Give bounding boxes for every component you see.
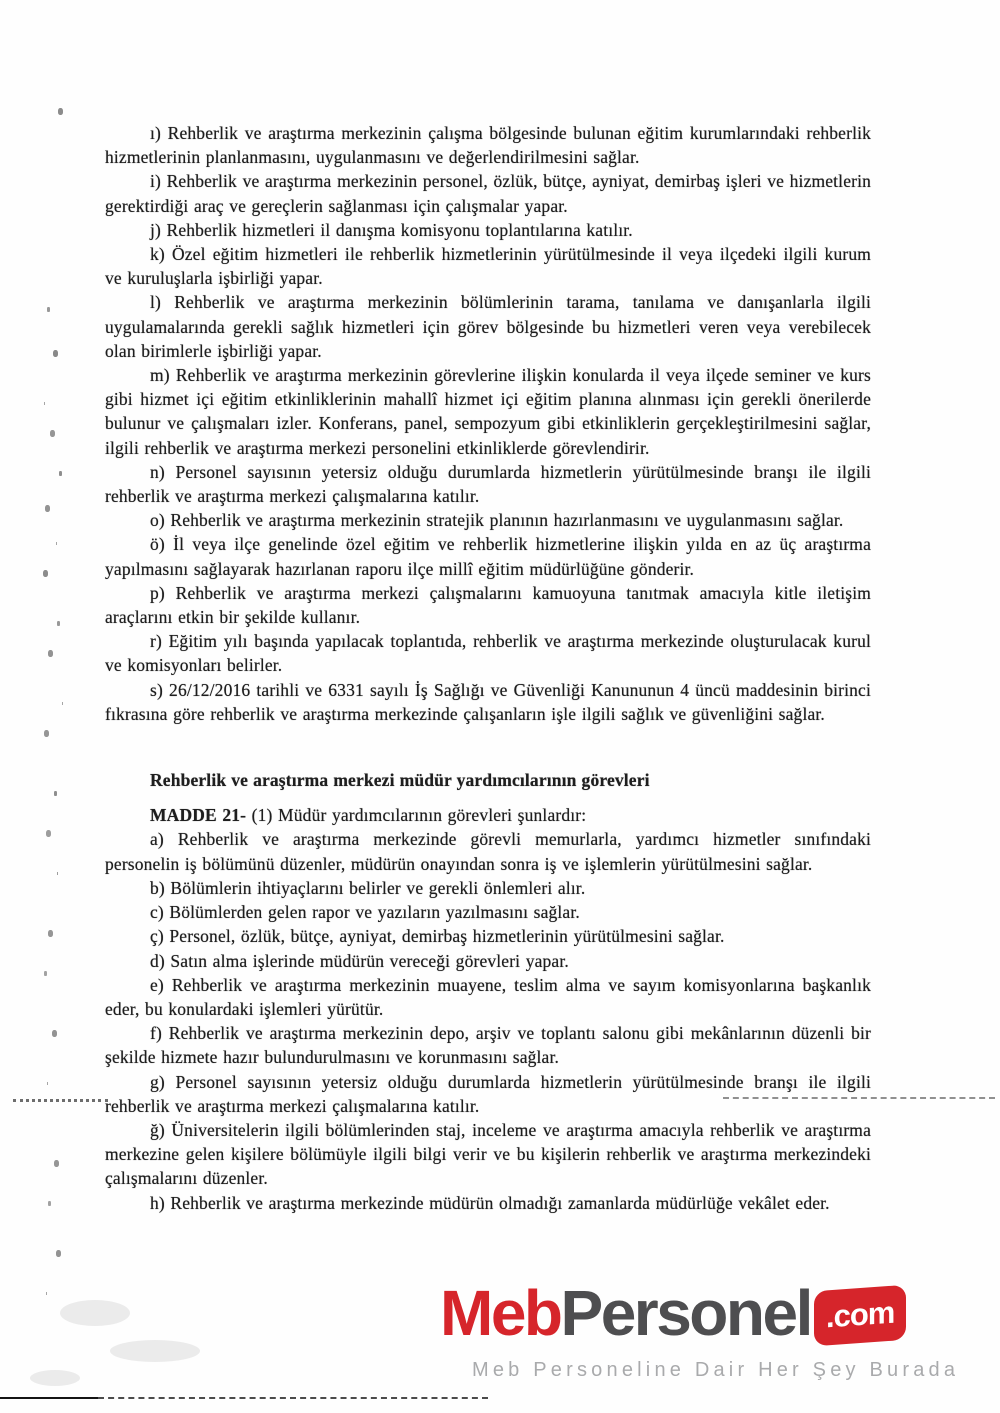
doc-paragraph: m) Rehberlik ve araştırma merkezinin gör… [105,363,871,460]
scan-dotted-mark-left [13,1099,108,1102]
doc-paragraph: h) Rehberlik ve araştırma merkezinde müd… [105,1191,871,1215]
section-heading: Rehberlik ve araştırma merkezi müdür yar… [105,768,871,792]
logo-personel-text: Personel [561,1277,811,1349]
scan-dashed-mark-right [723,1097,995,1099]
doc-paragraph: o) Rehberlik ve araştırma merkezinin str… [105,508,871,532]
doc-paragraph: ğ) Üniversitelerin ilgili bölümlerinden … [105,1118,871,1191]
scanned-document-page: ı) Rehberlik ve araştırma merkezinin çal… [0,0,1000,1413]
scan-smudge [110,1340,200,1362]
doc-paragraph: l) Rehberlik ve araştırma merkezinin böl… [105,290,871,363]
doc-paragraph: p) Rehberlik ve araştırma merkezi çalışm… [105,581,871,629]
doc-paragraph: k) Özel eğitim hizmetleri ile rehberlik … [105,242,871,290]
scan-edge-specks [58,108,63,115]
logo-com-badge: .com [814,1285,906,1346]
doc-paragraph: i) Rehberlik ve araştırma merkezinin per… [105,169,871,217]
doc-paragraph: n) Personel sayısının yetersiz olduğu du… [105,460,871,508]
logo-wordmark: MebPersonel.com [440,1281,900,1353]
doc-paragraph: r) Eğitim yılı başında yapılacak toplant… [105,629,871,677]
doc-paragraph: d) Satın alma işlerinde müdürün vereceği… [105,949,871,973]
doc-paragraph: b) Bölümlerin ihtiyaçlarını belirler ve … [105,876,871,900]
document-body: ı) Rehberlik ve araştırma merkezinin çal… [105,121,871,1215]
doc-paragraph: a) Rehberlik ve araştırma merkezinde gör… [105,827,871,875]
doc-paragraph: f) Rehberlik ve araştırma merkezinin dep… [105,1021,871,1069]
article-number: MADDE 21- [150,805,246,825]
scan-smudge [30,1370,80,1386]
scan-smudge [60,1300,130,1326]
doc-paragraph: j) Rehberlik hizmetleri il danışma komis… [105,218,871,242]
doc-paragraph: ç) Personel, özlük, bütçe, ayniyat, demi… [105,924,871,948]
scan-bottom-line [0,1397,98,1399]
doc-paragraph: c) Bölümlerden gelen rapor ve yazıların … [105,900,871,924]
doc-paragraph: e) Rehberlik ve araştırma merkezinin mua… [105,973,871,1021]
doc-paragraph: g) Personel sayısının yetersiz olduğu du… [105,1070,871,1118]
mebpersonel-logo: MebPersonel.com Meb Personeline Dair Her… [440,1281,900,1382]
scan-bottom-line-dashed [98,1397,488,1399]
logo-tagline: Meb Personeline Dair Her Şey Burada [440,1359,900,1382]
doc-paragraph: ı) Rehberlik ve araştırma merkezinin çal… [105,121,871,169]
logo-meb-text: Meb [440,1277,561,1349]
doc-paragraph: s) 26/12/2016 tarihli ve 6331 sayılı İş … [105,678,871,726]
doc-paragraph: MADDE 21- (1) Müdür yardımcılarının göre… [105,803,871,827]
doc-paragraph: ö) İl veya ilçe genelinde özel eğitim ve… [105,532,871,580]
